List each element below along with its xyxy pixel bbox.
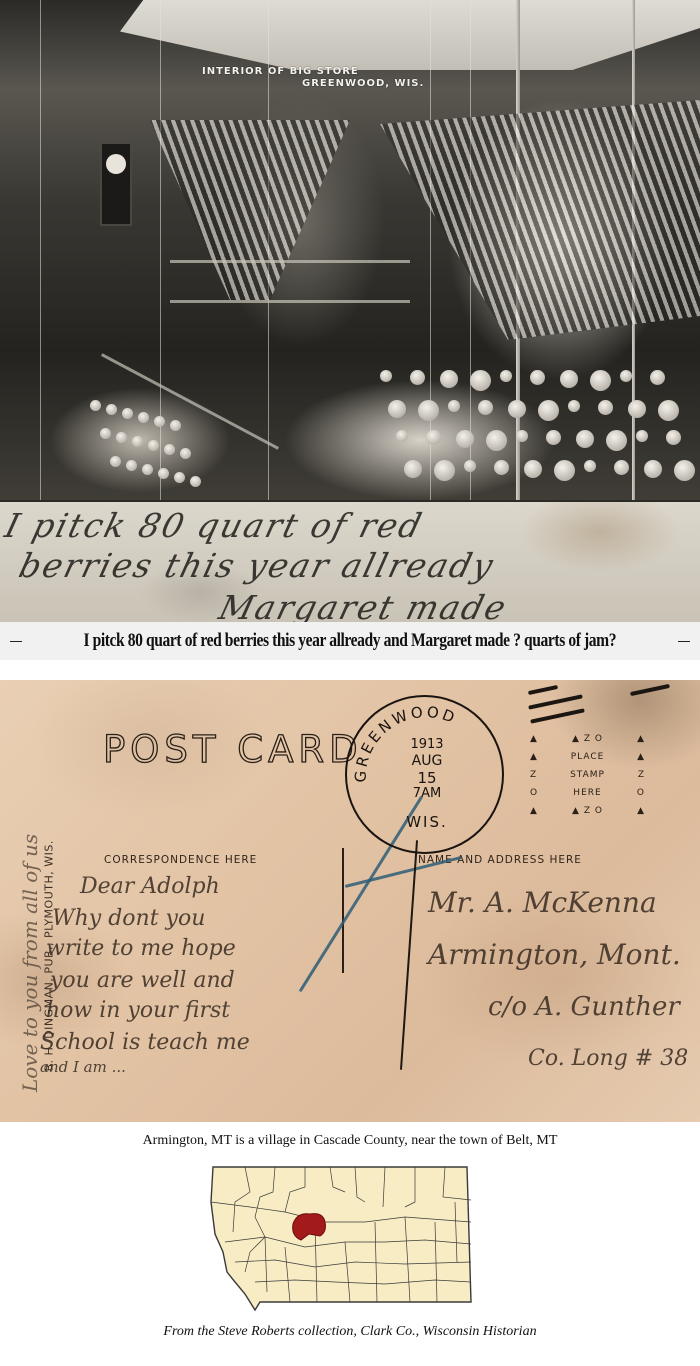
postmark: GREENWOOD 1913 AUG 15 7AM WIS. [345, 695, 504, 854]
postmark-time: 7AM [397, 786, 457, 801]
blue-pencil-mark [345, 856, 462, 888]
jar [142, 464, 153, 475]
postmark-state: WIS. [392, 813, 462, 831]
dish [396, 430, 408, 442]
photo-caption: INTERIOR OF BIG STORE GREENWOOD, WIS. [202, 66, 424, 90]
dish [674, 460, 695, 481]
stamp-box-row: ZSTAMPZ [530, 766, 645, 784]
dish [606, 430, 627, 451]
dish [464, 460, 476, 472]
jar [90, 400, 101, 411]
dish [650, 370, 665, 385]
postmark-month: AUG [397, 753, 457, 769]
message-line: Why dont you [52, 906, 205, 931]
map-svg [205, 1162, 475, 1312]
dish [614, 460, 629, 475]
message-line: you are well and [50, 968, 235, 993]
handwriting-line: I pitck 80 quart of red [1, 506, 427, 545]
jar [164, 444, 175, 455]
dish [636, 430, 648, 442]
stamp-box-text: STAMP [537, 770, 638, 780]
dish [388, 400, 406, 418]
dish [598, 400, 613, 415]
dish [620, 370, 632, 382]
dish [426, 430, 441, 445]
stamp-box-text: Z [638, 770, 645, 780]
stamp-box-text: ▲ [530, 806, 538, 816]
stamp-box-text: HERE [538, 788, 637, 798]
wall-clock [100, 142, 132, 226]
address-line: Mr. A. McKenna [428, 886, 657, 919]
dish [546, 430, 561, 445]
stamp-box-row: ▲PLACE▲ [530, 748, 645, 766]
caption-line-1: INTERIOR OF BIG STORE [202, 66, 359, 77]
dish [554, 460, 575, 481]
postcard-title: POST CARD [103, 728, 363, 771]
montana-county-map [205, 1162, 475, 1312]
dish [434, 460, 455, 481]
dish [568, 400, 580, 412]
jar [170, 420, 181, 431]
dash [678, 641, 690, 642]
correspondence-label: CORRESPONDENCE HERE [104, 854, 257, 866]
dish [470, 370, 491, 391]
counter [101, 353, 279, 450]
handwriting-line: berries this year allready [15, 546, 499, 585]
stamp-box-text: PLACE [538, 752, 637, 762]
jar [154, 416, 165, 427]
jar [106, 404, 117, 415]
dish [404, 460, 422, 478]
jar [126, 460, 137, 471]
dish [658, 400, 679, 421]
stamp-box-text: ▲ Z O [538, 806, 637, 816]
jar [100, 428, 111, 439]
dish [448, 400, 460, 412]
message-line: write to me hope [46, 936, 236, 961]
dish [524, 460, 542, 478]
postmark-year: 1913 [397, 737, 457, 752]
dish [628, 400, 646, 418]
jar [158, 468, 169, 479]
jar [174, 472, 185, 483]
jar [138, 412, 149, 423]
dash [10, 641, 22, 642]
jar [148, 440, 159, 451]
message-line: and I am ... [40, 1058, 126, 1076]
shelf [170, 260, 410, 263]
stamp-box: ▲▲ Z O▲▲PLACE▲ZSTAMPZOHEREO▲▲ Z O▲ [530, 730, 645, 820]
stamp-box-text: ▲ Z O [538, 734, 637, 744]
stamp-box-row: ▲▲ Z O▲ [530, 730, 645, 748]
pen-stroke [400, 840, 418, 1070]
handwriting-excerpt: I pitck 80 quart of red berries this yea… [0, 500, 700, 622]
postmark-day: 15 [397, 769, 457, 787]
ceiling-light [120, 0, 700, 70]
dish [508, 400, 526, 418]
shelf [170, 300, 410, 303]
jar [190, 476, 201, 487]
message-line: School is teach me [40, 1030, 250, 1055]
stamp-box-text: ▲ [530, 734, 538, 744]
margin-note: Love to you from all of us [18, 712, 42, 1092]
dish [530, 370, 545, 385]
message-line: how in your first [46, 998, 230, 1023]
stamp-box-text: Z [530, 770, 537, 780]
streamer-decoration [150, 120, 350, 300]
dish [418, 400, 439, 421]
jar [122, 408, 133, 419]
dish [486, 430, 507, 451]
transcript-bar: I pitck 80 quart of red berries this yea… [0, 622, 700, 660]
message-line: Dear Adolph [80, 874, 220, 899]
stamp-box-text: ▲ [637, 752, 645, 762]
dish [380, 370, 392, 382]
dish [584, 460, 596, 472]
dish [494, 460, 509, 475]
dish [478, 400, 493, 415]
stamp-box-row: OHEREO [530, 784, 645, 802]
jar [116, 432, 127, 443]
store-interior-photo: INTERIOR OF BIG STORE GREENWOOD, WIS. [0, 0, 700, 500]
dish [666, 430, 681, 445]
stamp-box-row: ▲▲ Z O▲ [530, 802, 645, 820]
jar [110, 456, 121, 467]
dish [410, 370, 425, 385]
address-line: Co. Long # 38 [528, 1046, 688, 1071]
dish [500, 370, 512, 382]
streamer-decoration [380, 100, 700, 340]
stamp-box-text: O [530, 788, 538, 798]
jar [132, 436, 143, 447]
dish [516, 430, 528, 442]
dish [576, 430, 594, 448]
stamp-box-text: ▲ [530, 752, 538, 762]
address-line: c/o A. Gunther [488, 992, 680, 1022]
wire [40, 0, 41, 500]
transcript-text: I pitck 80 quart of red berries this yea… [84, 630, 617, 652]
dish [560, 370, 578, 388]
dish [590, 370, 611, 391]
dish [644, 460, 662, 478]
caption-line-2: GREENWOOD, WIS. [202, 78, 424, 90]
dish [440, 370, 458, 388]
address-line: Armington, Mont. [428, 938, 681, 971]
stamp-box-text: ▲ [637, 734, 645, 744]
collection-credit: From the Steve Roberts collection, Clark… [0, 1324, 700, 1340]
postcard-divider [342, 848, 344, 973]
stamp-box-text: ▲ [637, 806, 645, 816]
dish [538, 400, 559, 421]
handwriting-line: Margaret made [215, 588, 511, 622]
dish [456, 430, 474, 448]
stamp-box-text: O [637, 788, 645, 798]
jar [180, 448, 191, 459]
wire [430, 0, 431, 500]
location-note: Armington, MT is a village in Cascade Co… [0, 1133, 700, 1149]
